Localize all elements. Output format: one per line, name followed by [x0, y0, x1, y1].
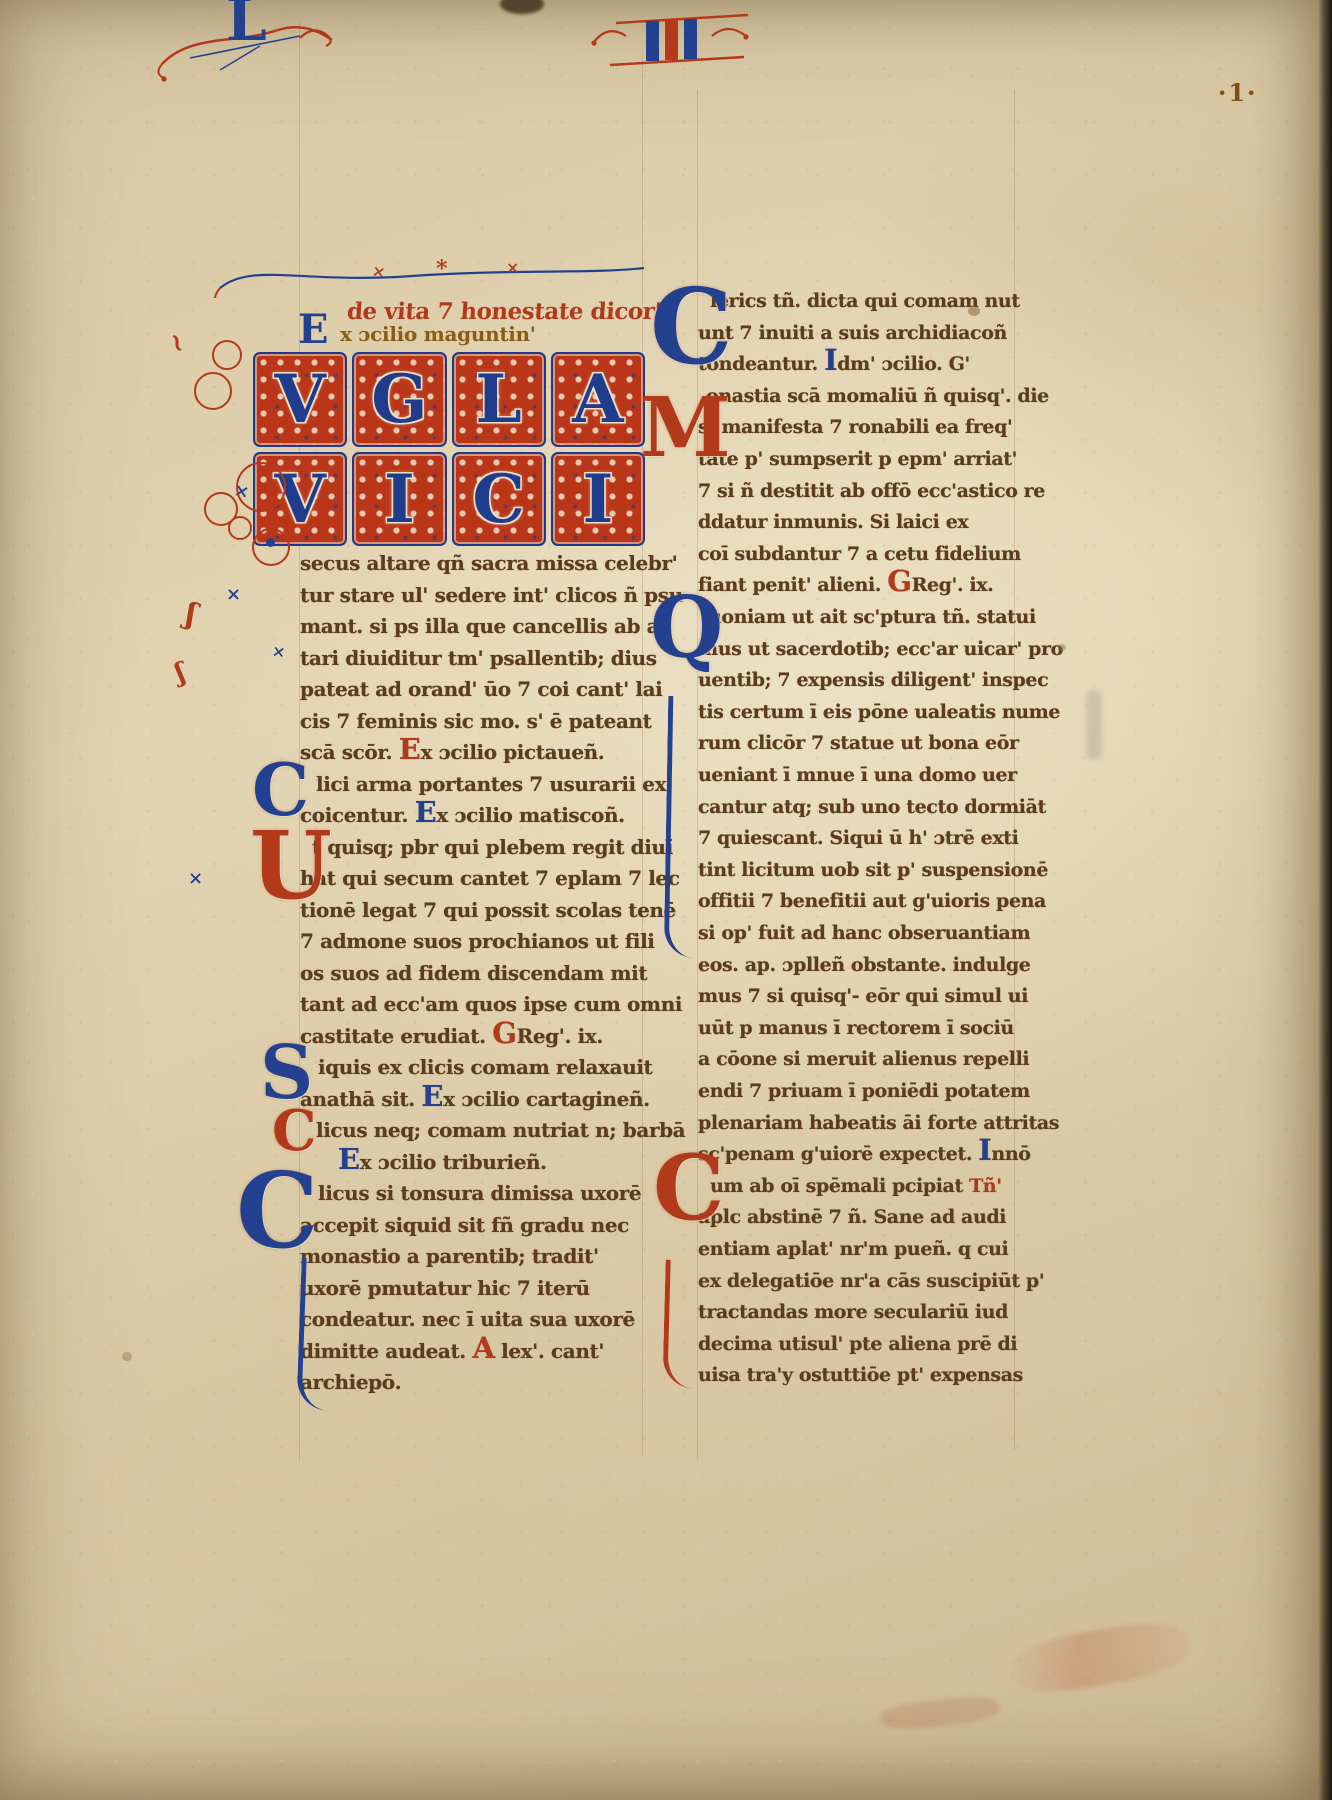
text-line: tari diuiditur tm' psallentib; dius: [300, 646, 657, 670]
drop-cap-initial: C: [650, 280, 733, 374]
inline-initial: G: [492, 1016, 516, 1050]
text-span: cantur atq; sub uno tecto dormiāt: [698, 796, 1046, 818]
text-line: tint licitum uob sit p' suspensionē: [698, 859, 1048, 881]
text-span: x ɔcilio triburieñ.: [360, 1150, 547, 1174]
text-line: lerics tñ. dicta qui comam nut: [710, 290, 1020, 312]
text-span: os suos ad fidem discendam mit: [300, 961, 647, 985]
text-span: mus ut sacerdotib; ecc'ar uicar' pro: [698, 638, 1063, 660]
text-span: tint licitum uob sit p' suspensionē: [698, 859, 1048, 881]
text-line: aplc abstinē 7 ñ. Sane ad audi: [698, 1206, 1006, 1228]
text-line: decima utisul' pte aliena prē di: [698, 1333, 1017, 1355]
text-span: entiam aplat' nr'm pueñ. q cui: [698, 1238, 1008, 1260]
drop-cap-initial: S: [260, 1040, 313, 1107]
left-text-column: secus altare qñ sacra missa celebr'tur s…: [300, 0, 645, 1800]
text-line: uisa tra'y ostuttiōe pt' expensas: [698, 1364, 1023, 1386]
text-span: Reg'. ix.: [912, 574, 994, 596]
text-span: si op' fuit ad hanc obseruantiam: [698, 922, 1030, 944]
text-line: t quisq; pbr qui plebem regit diuī: [312, 835, 673, 859]
text-span: lerics tñ. dicta qui comam nut: [710, 290, 1020, 312]
text-line: castitate erudiat. GReg'. ix.: [300, 1024, 603, 1048]
text-line: uūt p manus ī rectorem ī sociū: [698, 1017, 1014, 1039]
margin-penwork-mark: ×: [188, 870, 203, 888]
left-numeral-glyph: L: [226, 0, 267, 54]
text-span: anathā sit.: [300, 1087, 421, 1111]
text-span: uoniam ut ait sc'ptura tñ. statui: [708, 606, 1036, 628]
text-span: iquis ex clicis comam relaxauit: [318, 1055, 652, 1079]
text-span: lici arma portantes 7 usurarii ex: [316, 772, 666, 796]
text-span: um ab oī spēmali pcipiat: [710, 1175, 969, 1197]
text-line: tur stare ul' sedere int' clicos ñ psu: [300, 583, 683, 607]
text-line: uoniam ut ait sc'ptura tñ. statui: [708, 606, 1036, 628]
text-span: tate p' sumpserit p epm' arriat': [698, 448, 1017, 470]
drop-cap-initial: Q: [650, 590, 723, 666]
text-line: uentib; 7 expensis diligent' inspec: [698, 669, 1048, 691]
penwork-ring: [236, 462, 286, 512]
inline-initial: I: [978, 1133, 991, 1167]
text-line: tionē legat 7 qui possit scolas tenē: [300, 898, 676, 922]
text-line: dimitte audeat. A lex'. cant': [300, 1339, 604, 1363]
penwork-ring: [194, 372, 232, 410]
text-line: si manifesta 7 ronabili ea freq': [698, 416, 1012, 438]
text-span: eos. ap. ɔplleñ obstante. indulge: [698, 954, 1031, 976]
text-span: endi 7 priuam ī poniēdi potatem: [698, 1080, 1030, 1102]
folio-number: ·1·: [1218, 78, 1257, 107]
text-line: plenariam habeatis āi forte attritas: [698, 1112, 1059, 1134]
text-span: aplc abstinē 7 ñ. Sane ad audi: [698, 1206, 1006, 1228]
text-span: scā scōr.: [300, 740, 399, 764]
text-line: eos. ap. ɔplleñ obstante. indulge: [698, 954, 1031, 976]
text-span: tur stare ul' sedere int' clicos ñ psu: [300, 583, 683, 607]
margin-penwork-mark: ×: [271, 643, 287, 661]
initial-descender: [662, 1260, 696, 1389]
text-span: si manifesta 7 ronabili ea freq': [698, 416, 1012, 438]
text-line: os suos ad fidem discendam mit: [300, 961, 647, 985]
text-line: pateat ad orand' ūo 7 coi cant' lai: [300, 677, 662, 701]
drop-cap-initial: C: [236, 1164, 319, 1258]
text-span: offitii 7 benefitii aut g'uioris pena: [698, 890, 1046, 912]
text-line: anathā sit. Ex ɔcilio cartagineñ.: [300, 1087, 650, 1111]
margin-penwork-mark: ʃ: [173, 659, 188, 686]
penwork-ring: [252, 528, 290, 566]
text-line: ddatur inmunis. Si laici ex: [698, 511, 968, 533]
margin-penwork-mark: ~: [161, 329, 192, 358]
text-line: secus altare qñ sacra missa celebr': [300, 551, 677, 575]
text-span: licus neq; comam nutriat n; barbā: [316, 1118, 685, 1142]
text-span: tractandas more seculariū iud: [698, 1301, 1008, 1323]
inline-initial: E: [338, 1142, 360, 1176]
penwork-ring: [228, 516, 252, 540]
inline-initial: A: [472, 1331, 494, 1365]
text-line: cis 7 feminis sic mo. s' ē pateant: [300, 709, 651, 733]
stain: [122, 1352, 132, 1361]
text-line: mus 7 si quisq'- eōr qui simul ui: [698, 985, 1028, 1007]
text-span: fiant penit' alieni.: [698, 574, 887, 596]
text-line: sc'penam g'uiorē expectet. Innō: [698, 1143, 1031, 1165]
text-span: rum clicōr 7 statue ut bona eōr: [698, 732, 1019, 754]
text-span: ddatur inmunis. Si laici ex: [698, 511, 968, 533]
initial-descender: [296, 1258, 332, 1411]
margin-penwork-mark: ʃ: [182, 599, 201, 631]
text-span: x ɔcilio cartagineñ.: [443, 1087, 650, 1111]
text-line: Ex ɔcilio triburieñ.: [338, 1150, 547, 1174]
margin-penwork-mark: ×: [371, 263, 387, 281]
text-span: licus si tonsura dimissa uxorē: [318, 1181, 641, 1205]
text-line: licus si tonsura dimissa uxorē: [318, 1181, 641, 1205]
text-line: ex delegatiōe nr'a cās suscipiūt p': [698, 1270, 1044, 1292]
text-line: mant. si ps illa que cancellis ab al: [300, 614, 666, 638]
text-line: monastio a parentib; tradit': [300, 1244, 599, 1268]
penwork-bird-eye: [266, 538, 275, 547]
text-span: Tñ': [969, 1175, 1002, 1197]
inline-initial: G: [887, 564, 911, 598]
text-line: lici arma portantes 7 usurarii ex: [316, 772, 666, 796]
text-line: hat qui secum cantet 7 eplam 7 lec: [300, 866, 680, 890]
text-span: accepit siquid sit fñ gradu nec: [300, 1213, 629, 1237]
text-span: 7 admone suos prochianos ut fili: [300, 929, 655, 953]
text-span: uentib; 7 expensis diligent' inspec: [698, 669, 1048, 691]
text-line: accepit siquid sit fñ gradu nec: [300, 1213, 629, 1237]
text-line: 7 quiescant. Siqui ū h' ɔtrē exti: [698, 827, 1018, 849]
text-span: condeatur. nec ī uita sua uxorē: [300, 1307, 635, 1331]
drop-cap-initial: U: [250, 824, 332, 909]
text-span: x ɔcilio pictaueñ.: [420, 740, 604, 764]
text-span: 7 si ñ destitit ab offō ecc'astico re: [698, 480, 1045, 502]
text-span: plenariam habeatis āi forte attritas: [698, 1112, 1059, 1134]
text-span: tionē legat 7 qui possit scolas tenē: [300, 898, 676, 922]
text-line: mus ut sacerdotib; ecc'ar uicar' pro: [698, 638, 1063, 660]
text-line: iquis ex clicis comam relaxauit: [318, 1055, 652, 1079]
text-span: x ɔcilio matiscoñ.: [436, 803, 624, 827]
inline-initial: E: [421, 1079, 443, 1113]
text-span: castitate erudiat.: [300, 1024, 492, 1048]
text-line: rum clicōr 7 statue ut bona eōr: [698, 732, 1019, 754]
text-span: uūt p manus ī rectorem ī sociū: [698, 1017, 1014, 1039]
text-span: dm' ɔcilio. G': [837, 353, 970, 375]
penwork-ring: [212, 340, 242, 370]
text-span: cis 7 feminis sic mo. s' ē pateant: [300, 709, 651, 733]
text-line: tant ad ecc'am quos ipse cum omni: [300, 992, 682, 1016]
manuscript-page: L ·1· de vita 7 honestate dicor' E x ɔci…: [0, 0, 1332, 1800]
margin-penwork-mark: ×: [226, 586, 241, 604]
text-line: cantur atq; sub uno tecto dormiāt: [698, 796, 1046, 818]
text-line: unt 7 inuiti a suis archidiacoñ: [698, 322, 1007, 344]
text-line: tondeantur. Idm' ɔcilio. G': [698, 353, 970, 375]
text-line: um ab oī spēmali pcipiat Tñ': [710, 1175, 1002, 1197]
text-span: uxorē pmutatur hic 7 iterū: [300, 1276, 590, 1300]
text-span: t quisq; pbr qui plebem regit diuī: [312, 835, 673, 859]
text-span: coī subdantur 7 a cetu fidelium: [698, 543, 1021, 565]
text-span: tis certum ī eis pōne ualeatis nume: [698, 701, 1060, 723]
text-span: 7 quiescant. Siqui ū h' ɔtrē exti: [698, 827, 1018, 849]
text-line: condeatur. nec ī uita sua uxorē: [300, 1307, 635, 1331]
text-span: tant ad ecc'am quos ipse cum omni: [300, 992, 682, 1016]
text-line: ueniant ī mnue ī una domo uer: [698, 764, 1017, 786]
text-line: licus neq; comam nutriat n; barbā: [316, 1118, 685, 1142]
text-span: tari diuiditur tm' psallentib; dius: [300, 646, 657, 670]
text-span: unt 7 inuiti a suis archidiacoñ: [698, 322, 1007, 344]
text-span: lex'. cant': [495, 1339, 605, 1363]
text-span: uisa tra'y ostuttiōe pt' expensas: [698, 1364, 1023, 1386]
right-text-column: lerics tñ. dicta qui comam nutunt 7 inui…: [698, 0, 1018, 1800]
inline-initial: E: [399, 732, 421, 766]
text-span: secus altare qñ sacra missa celebr': [300, 551, 677, 575]
text-line: tate p' sumpserit p epm' arriat': [698, 448, 1017, 470]
text-line: coicentur. Ex ɔcilio matiscoñ.: [300, 803, 625, 827]
text-span: nnō: [991, 1143, 1030, 1165]
inline-initial: I: [824, 343, 837, 377]
text-line: tractandas more seculariū iud: [698, 1301, 1008, 1323]
red-smear: [1007, 1615, 1194, 1700]
drop-cap-initial: C: [653, 1148, 725, 1229]
text-line: endi 7 priuam ī poniēdi potatem: [698, 1080, 1030, 1102]
text-span: ueniant ī mnue ī una domo uer: [698, 764, 1017, 786]
text-span: a cōone si meruit alienus repelli: [698, 1048, 1029, 1070]
text-span: sc'penam g'uiorē expectet.: [698, 1143, 978, 1165]
text-line: tis certum ī eis pōne ualeatis nume: [698, 701, 1060, 723]
text-line: 7 admone suos prochianos ut fili: [300, 929, 655, 953]
text-span: pateat ad orand' ūo 7 coi cant' lai: [300, 677, 662, 701]
text-span: mus 7 si quisq'- eōr qui simul ui: [698, 985, 1028, 1007]
margin-penwork-mark: ×: [506, 260, 519, 276]
initial-descender: [664, 696, 700, 959]
text-line: fiant penit' alieni. GReg'. ix.: [698, 574, 993, 596]
text-line: scā scōr. Ex ɔcilio pictaueñ.: [300, 740, 604, 764]
text-line: coī subdantur 7 a cetu fidelium: [698, 543, 1021, 565]
page-edge: [1318, 0, 1332, 1800]
text-line: onastia scā momaliū ñ quisq'. die: [706, 385, 1049, 407]
margin-penwork-mark: *: [436, 258, 448, 280]
text-span: hat qui secum cantet 7 eplam 7 lec: [300, 866, 680, 890]
inline-initial: E: [415, 795, 437, 829]
text-span: monastio a parentib; tradit': [300, 1244, 599, 1268]
text-line: uxorē pmutatur hic 7 iterū: [300, 1276, 590, 1300]
text-span: mant. si ps illa que cancellis ab al: [300, 614, 666, 638]
text-line: entiam aplat' nr'm pueñ. q cui: [698, 1238, 1008, 1260]
text-span: ex delegatiōe nr'a cās suscipiūt p': [698, 1270, 1044, 1292]
text-line: 7 si ñ destitit ab offō ecc'astico re: [698, 480, 1045, 502]
drop-cap-initial: M: [640, 392, 731, 466]
text-span: decima utisul' pte aliena prē di: [698, 1333, 1017, 1355]
text-line: a cōone si meruit alienus repelli: [698, 1048, 1029, 1070]
text-span: onastia scā momaliū ñ quisq'. die: [706, 385, 1049, 407]
text-span: Reg'. ix.: [517, 1024, 603, 1048]
text-line: offitii 7 benefitii aut g'uioris pena: [698, 890, 1046, 912]
text-line: si op' fuit ad hanc obseruantiam: [698, 922, 1030, 944]
smudge: [1086, 690, 1102, 760]
